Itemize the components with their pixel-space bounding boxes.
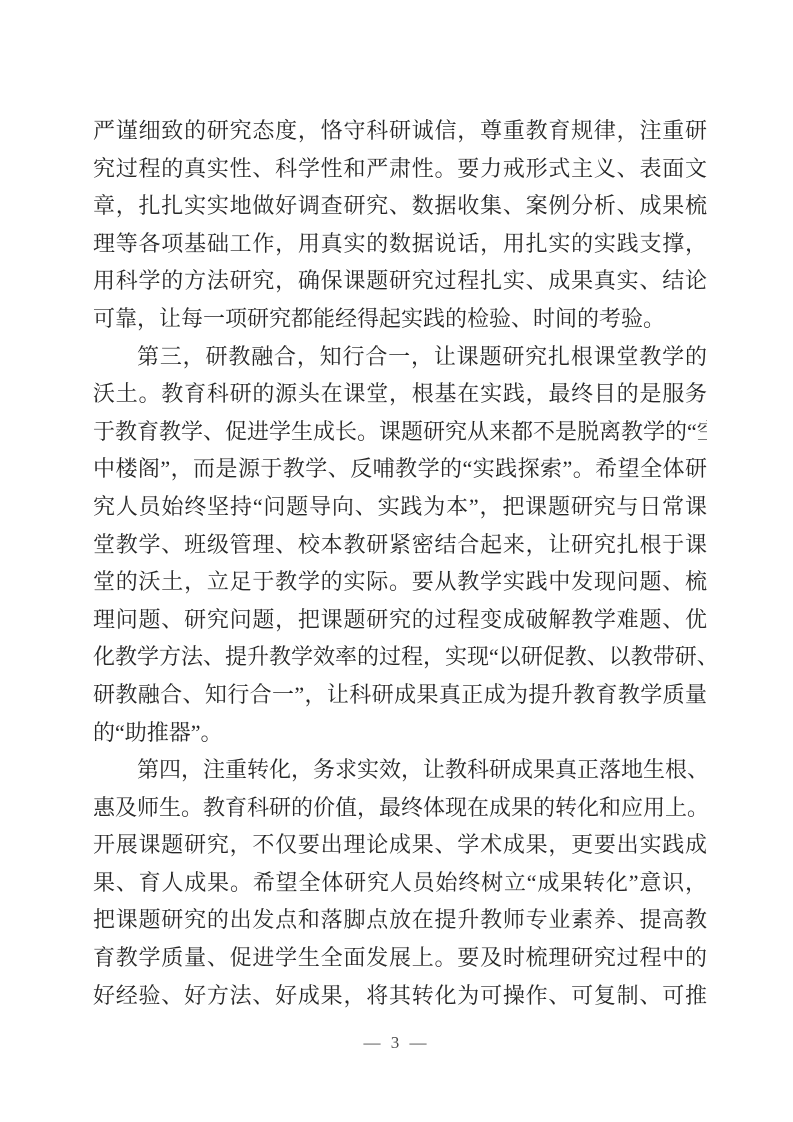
text-line: 育教学质量、促进学生全面发展上。要及时梳理研究过程中的 — [93, 939, 707, 977]
text-line: 第四，注重转化，务求实效，让教科研成果真正落地生根、 — [93, 751, 707, 789]
text-line: 第三，研教融合，知行合一，让课题研究扎根课堂教学的 — [93, 338, 707, 376]
text-line: 理问题、研究问题，把课题研究的过程变成破解教学难题、优 — [93, 601, 707, 639]
text-line: 的“助推器”。 — [93, 714, 707, 752]
text-line: 于教育教学、促进学生成长。课题研究从来都不是脱离教学的“空 — [93, 413, 707, 451]
text-line: 果、育人成果。希望全体研究人员始终树立“成果转化”意识， — [93, 864, 707, 902]
text-line: 开展课题研究，不仅要出理论成果、学术成果，更要出实践成 — [93, 826, 707, 864]
text-line: 好经验、好方法、好成果，将其转化为可操作、可复制、可推 — [93, 977, 707, 1015]
text-line: 中楼阁”，而是源于教学、反哺教学的“实践探索”。希望全体研 — [93, 450, 707, 488]
text-line: 可靠，让每一项研究都能经得起实践的检验、时间的考验。 — [93, 300, 707, 338]
text-line: 堂的沃土，立足于教学的实际。要从教学实践中发现问题、梳 — [93, 563, 707, 601]
text-line: 沃土。教育科研的源头在课堂，根基在实践，最终目的是服务 — [93, 375, 707, 413]
text-line: 究过程的真实性、科学性和严肃性。要力戒形式主义、表面文 — [93, 150, 707, 188]
text-line: 研教融合、知行合一”，让科研成果真正成为提升教育教学质量 — [93, 676, 707, 714]
page-number: — 3 — — [0, 1033, 793, 1053]
text-line: 用科学的方法研究，确保课题研究过程扎实、成果真实、结论 — [93, 262, 707, 300]
text-line: 化教学方法、提升教学效率的过程，实现“以研促教、以教带研、 — [93, 638, 707, 676]
text-line: 严谨细致的研究态度，恪守科研诚信，尊重教育规律，注重研 — [93, 112, 707, 150]
text-line: 究人员始终坚持“问题导向、实践为本”，把课题研究与日常课 — [93, 488, 707, 526]
document-page: 严谨细致的研究态度，恪守科研诚信，尊重教育规律，注重研 究过程的真实性、科学性和… — [0, 0, 793, 1122]
body-text: 严谨细致的研究态度，恪守科研诚信，尊重教育规律，注重研 究过程的真实性、科学性和… — [93, 112, 707, 1014]
text-line: 堂教学、班级管理、校本教研紧密结合起来，让研究扎根于课 — [93, 526, 707, 564]
text-line: 把课题研究的出发点和落脚点放在提升教师专业素养、提高教 — [93, 901, 707, 939]
text-line: 惠及师生。教育科研的价值，最终体现在成果的转化和应用上。 — [93, 789, 707, 827]
text-line: 章，扎扎实实地做好调查研究、数据收集、案例分析、成果梳 — [93, 187, 707, 225]
text-line: 理等各项基础工作，用真实的数据说话，用扎实的实践支撑， — [93, 225, 707, 263]
